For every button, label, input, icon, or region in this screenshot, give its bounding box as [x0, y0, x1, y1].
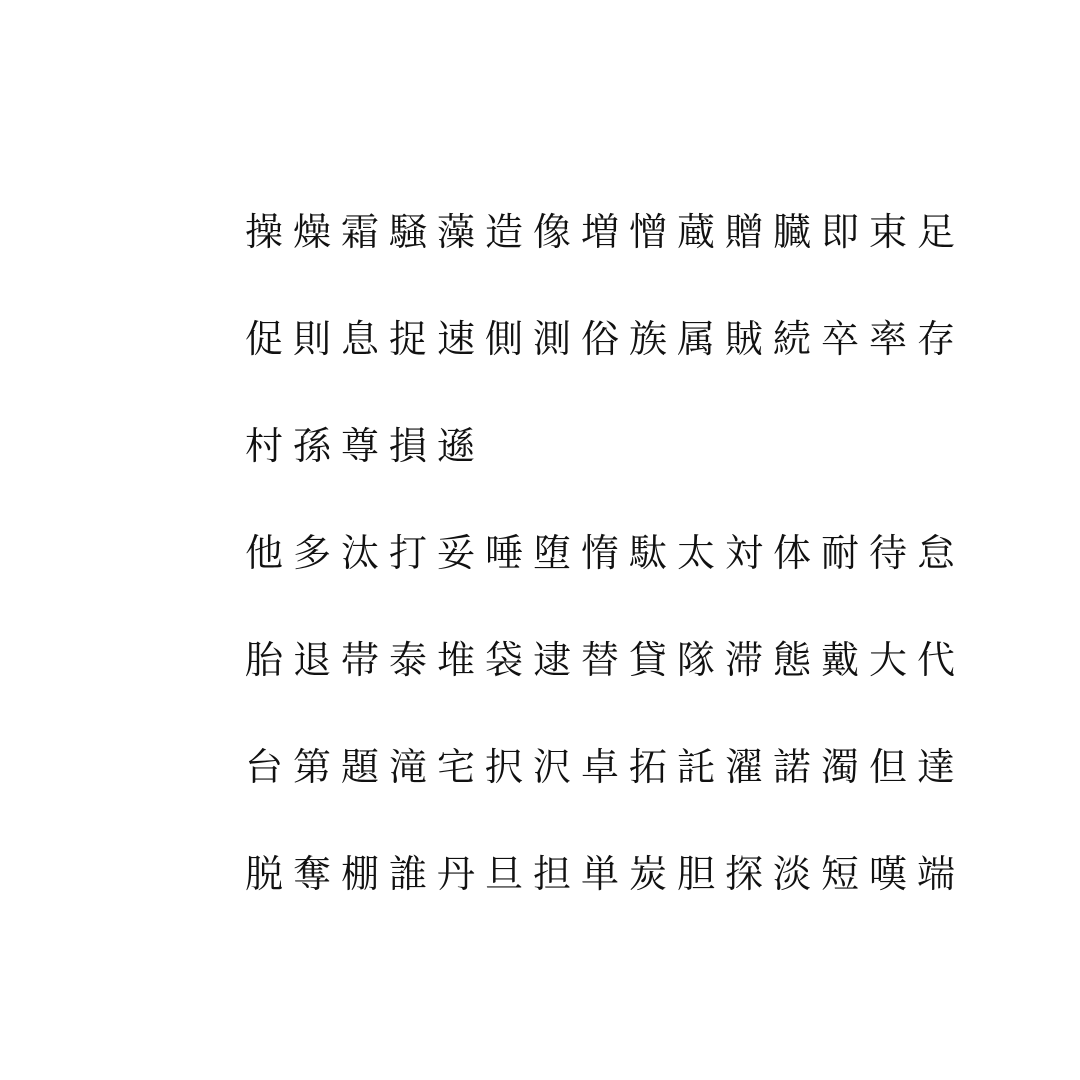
kanji-row-2: 促則息捉速側測俗族属賊続卒率存 — [245, 287, 1005, 394]
kanji-row-5: 胎退帯泰堆袋逮替貸隊滞態戴大代 — [245, 608, 1005, 715]
kanji-row-4: 他多汰打妥唾堕惰駄太対体耐待怠 — [245, 501, 1005, 608]
kanji-row-3: 村孫尊損遜 — [245, 394, 1005, 501]
kanji-row-7: 脱奪棚誰丹旦担単炭胆探淡短嘆端 — [245, 822, 1005, 929]
kanji-row-6: 台第題滝宅択沢卓拓託濯諾濁但達 — [245, 715, 1005, 822]
kanji-row-1: 操燥霜騒藻造像増憎蔵贈臓即束足 — [245, 180, 1005, 287]
kanji-sheet: 操燥霜騒藻造像増憎蔵贈臓即束足 促則息捉速側測俗族属賊続卒率存 村孫尊損遜 他多… — [245, 180, 1005, 929]
